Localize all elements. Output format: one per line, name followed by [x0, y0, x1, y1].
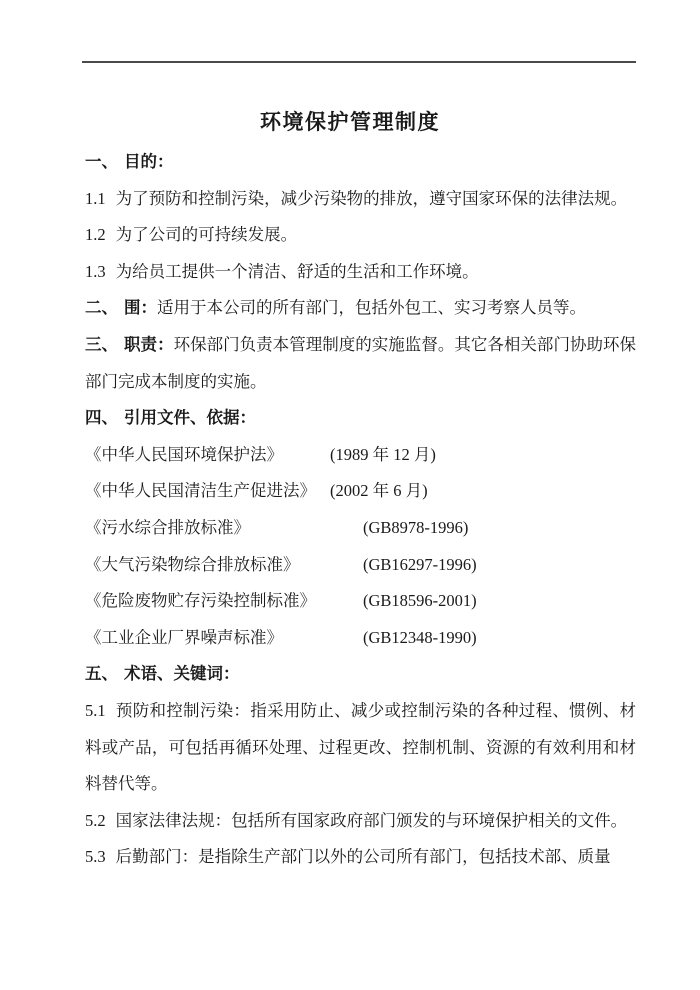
section-heading-references: 四、引用文件、依据：	[85, 400, 636, 437]
clause-1-1: 1.1为了预防和控制污染，减少污染物的排放，遵守国家环保的法律法规。	[85, 181, 636, 218]
reference-row: 《大气污染物综合排放标准》(GB16297-1996)	[85, 547, 636, 584]
reference-detail: (GB12348-1990)	[363, 620, 477, 657]
reference-detail: (GB8978-1996)	[363, 510, 468, 547]
reference-row: 《中华人民国环境保护法》(1989 年 12 月)	[85, 437, 636, 474]
clause-text: 为给员工提供一个清洁、舒适的生活和工作环境。	[116, 262, 479, 281]
section-scope: 二、围：适用于本公司的所有部门，包括外包工、实习考察人员等。	[85, 290, 636, 327]
section-number: 三、	[85, 335, 118, 354]
section-heading-terms: 五、术语、关键词：	[85, 656, 636, 693]
section-label: 术语、关键词：	[124, 664, 240, 683]
reference-detail: (2002 年 6 月)	[330, 473, 428, 510]
section-number: 一、	[85, 152, 118, 171]
clause-text: 预防和控制污染：指采用防止、减少或控制污染的各种过程、惯例、材料或产品，可包括再…	[85, 701, 636, 793]
header-rule	[82, 61, 636, 63]
document-title: 环境保护管理制度	[0, 107, 700, 137]
clause-5-1: 5.1预防和控制污染：指采用防止、减少或控制污染的各种过程、惯例、材料或产品，可…	[85, 693, 636, 803]
reference-detail: (GB18596-2001)	[363, 583, 477, 620]
section-heading-purpose: 一、目的：	[85, 144, 636, 181]
reference-detail: (GB16297-1996)	[363, 547, 477, 584]
section-label: 引用文件、依据：	[124, 408, 256, 427]
clause-5-2: 5.2国家法律法规：包括所有国家政府部门颁发的与环境保护相关的文件。	[85, 803, 636, 840]
reference-title: 《大气污染物综合排放标准》	[85, 547, 363, 584]
clause-number: 5.2	[85, 811, 106, 830]
section-number: 四、	[85, 408, 118, 427]
section-text: 适用于本公司的所有部门，包括外包工、实习考察人员等。	[157, 298, 586, 317]
reference-row: 《中华人民国清洁生产促进法》(2002 年 6 月)	[85, 473, 636, 510]
clause-text: 为了预防和控制污染，减少污染物的排放，遵守国家环保的法律法规。	[116, 189, 628, 208]
reference-row: 《工业企业厂界噪声标准》(GB12348-1990)	[85, 620, 636, 657]
section-number: 二、	[85, 298, 118, 317]
section-label: 目的：	[124, 152, 174, 171]
clause-1-2: 1.2为了公司的可持续发展。	[85, 217, 636, 254]
reference-title: 《危险废物贮存污染控制标准》	[85, 583, 363, 620]
reference-title: 《中华人民国环境保护法》	[85, 437, 330, 474]
clause-number: 1.3	[85, 262, 106, 281]
reference-detail: (1989 年 12 月)	[330, 437, 436, 474]
clause-5-3: 5.3后勤部门：是指除生产部门以外的公司所有部门，包括技术部、质量	[85, 839, 636, 876]
section-label: 职责：	[124, 335, 174, 354]
clause-number: 5.1	[85, 701, 106, 720]
document-body: 一、目的： 1.1为了预防和控制污染，减少污染物的排放，遵守国家环保的法律法规。…	[0, 144, 700, 876]
clause-number: 5.3	[85, 847, 106, 866]
reference-title: 《工业企业厂界噪声标准》	[85, 620, 363, 657]
reference-row: 《危险废物贮存污染控制标准》(GB18596-2001)	[85, 583, 636, 620]
clause-text: 后勤部门：是指除生产部门以外的公司所有部门，包括技术部、质量	[116, 847, 611, 866]
clause-number: 1.1	[85, 189, 106, 208]
clause-text: 国家法律法规：包括所有国家政府部门颁发的与环境保护相关的文件。	[116, 811, 628, 830]
clause-text: 为了公司的可持续发展。	[116, 225, 298, 244]
clause-number: 1.2	[85, 225, 106, 244]
reference-title: 《污水综合排放标准》	[85, 510, 363, 547]
section-responsibility: 三、职责：环保部门负责本管理制度的实施监督。其它各相关部门协助环保部门完成本制度…	[85, 327, 636, 400]
section-label: 围：	[124, 298, 157, 317]
document-page: 环境保护管理制度 一、目的： 1.1为了预防和控制污染，减少污染物的排放，遵守国…	[0, 0, 700, 990]
clause-1-3: 1.3为给员工提供一个清洁、舒适的生活和工作环境。	[85, 254, 636, 291]
section-number: 五、	[85, 664, 118, 683]
reference-title: 《中华人民国清洁生产促进法》	[85, 473, 330, 510]
reference-row: 《污水综合排放标准》(GB8978-1996)	[85, 510, 636, 547]
